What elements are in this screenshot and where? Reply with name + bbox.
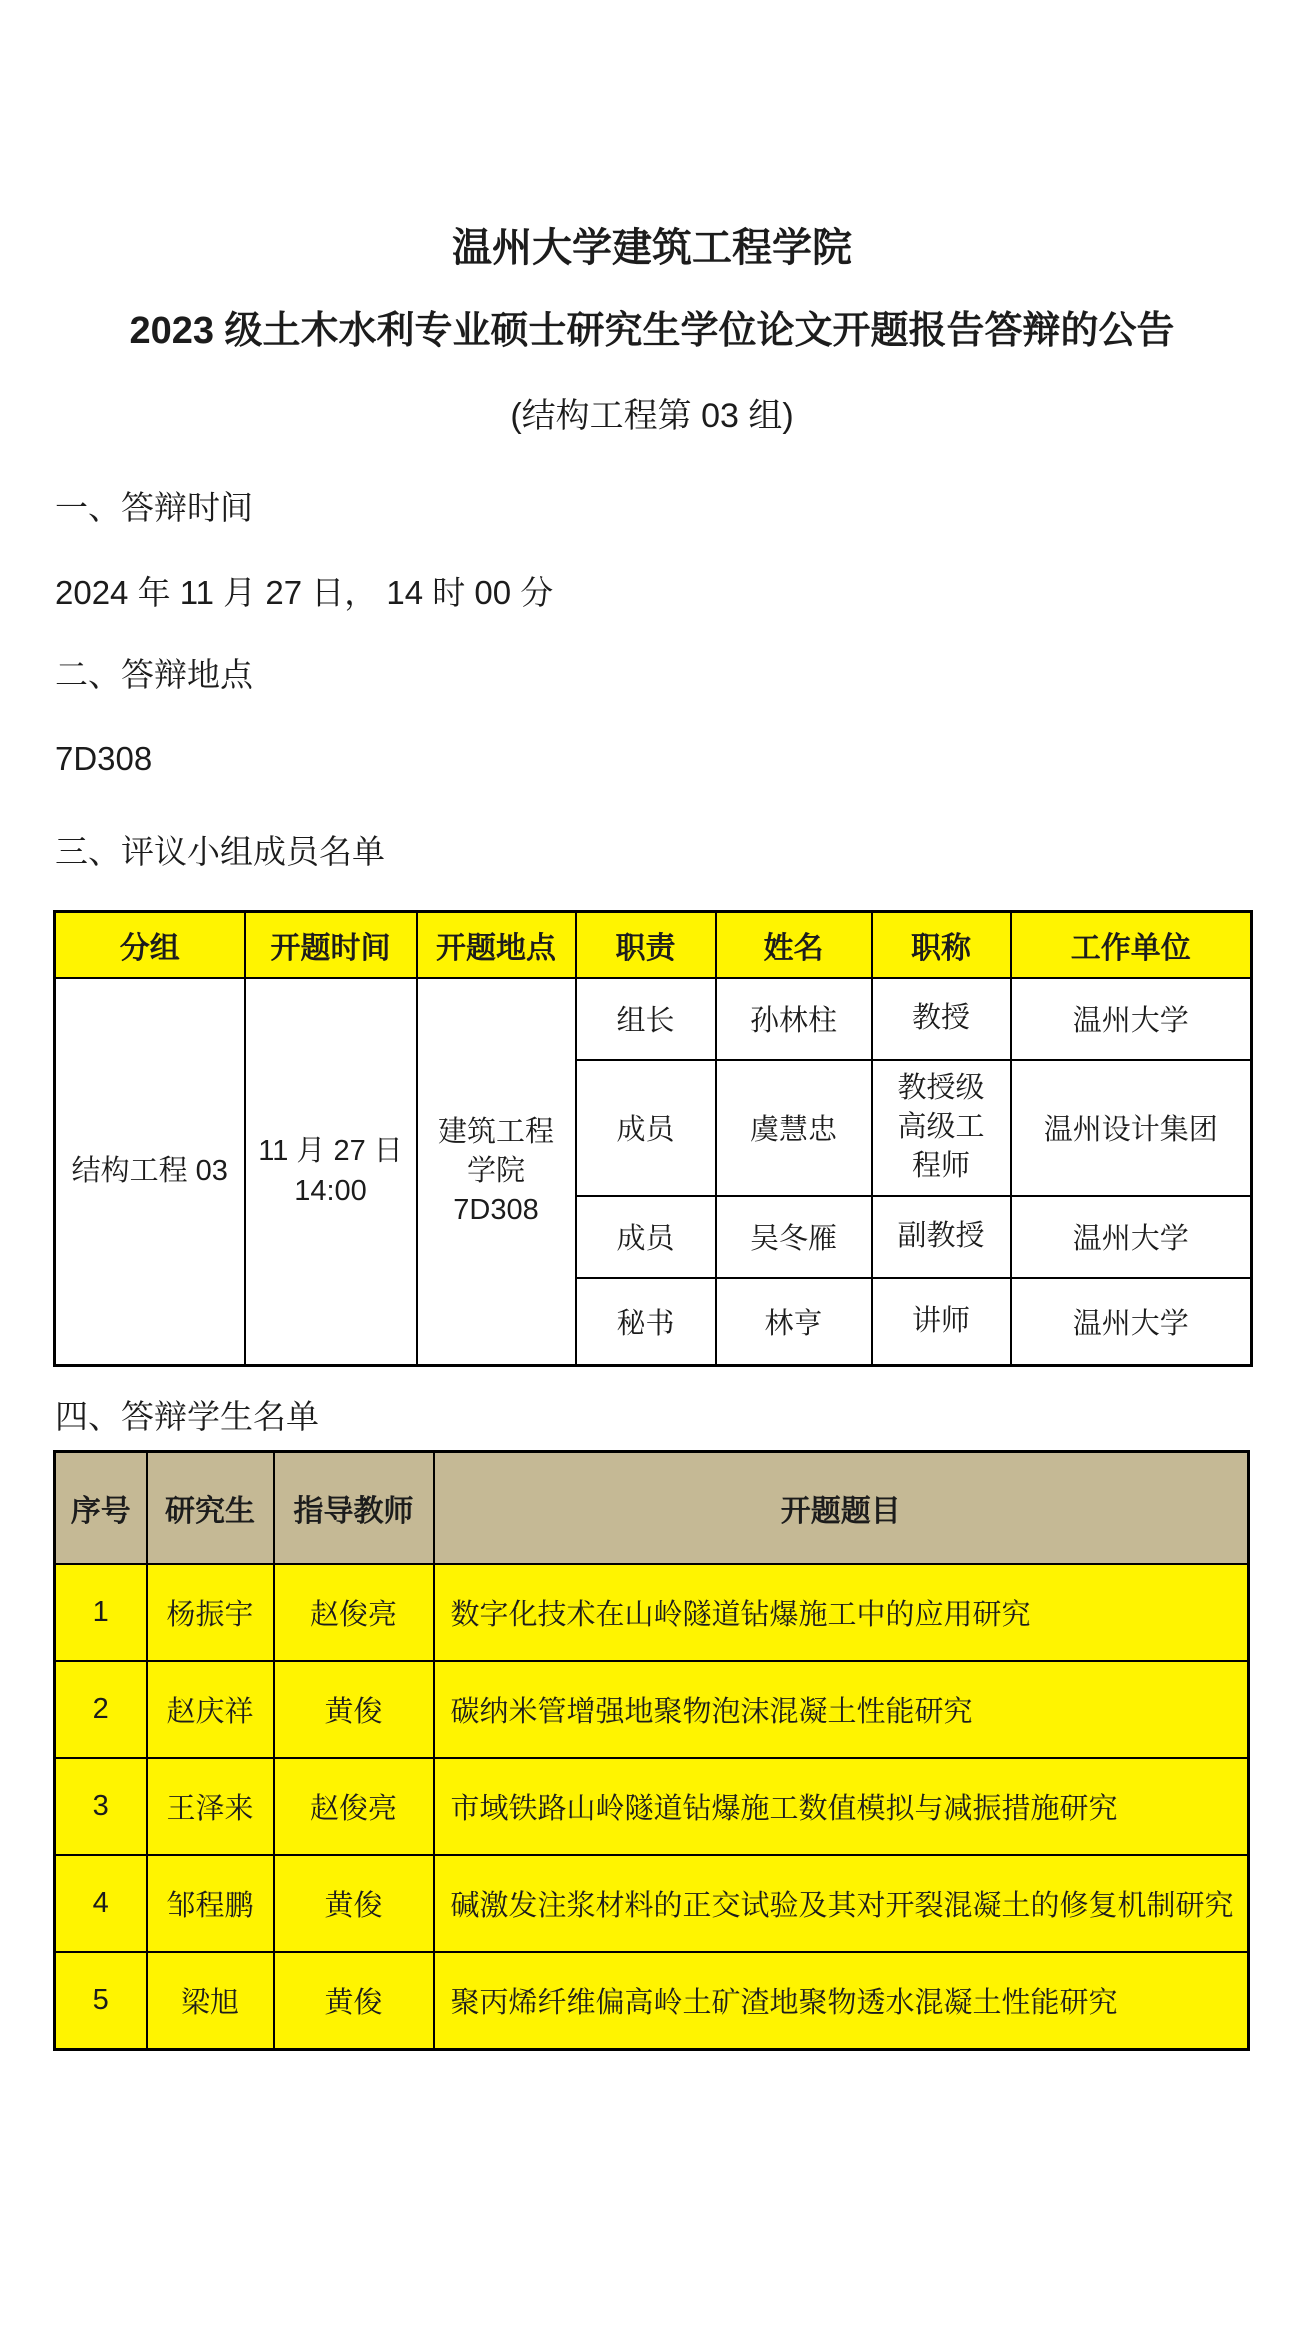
group-label: (结构工程第 03 组) [0,396,1304,437]
member-role: 成员 [576,1060,716,1196]
committee-header-row: 分组 开题时间 开题地点 职责 姓名 职称 工作单位 [55,912,1252,978]
member-org: 温州设计集团 [1011,1060,1252,1196]
student-row: 5 梁旭 黄俊 聚丙烯纤维偏高岭土矿渣地聚物透水混凝土性能研究 [55,1952,1249,2049]
member-title: 教授级 高级工 程师 [872,1060,1011,1196]
section-2-heading: 二、答辩地点 [55,655,1304,695]
student-row: 3 王泽来 赵俊亮 市域铁路山岭隧道钻爆施工数值模拟与减振措施研究 [55,1758,1249,1855]
student-no: 4 [55,1855,147,1952]
student-advisor: 赵俊亮 [274,1564,434,1661]
students-header-student: 研究生 [147,1451,274,1564]
student-topic: 聚丙烯纤维偏高岭土矿渣地聚物透水混凝土性能研究 [434,1952,1249,2049]
member-role: 成员 [576,1196,716,1278]
student-topic: 碱激发注浆材料的正交试验及其对开裂混凝土的修复机制研究 [434,1855,1249,1952]
committee-header-location: 开题地点 [417,912,576,978]
section-4-heading: 四、答辩学生名单 [55,1397,1304,1437]
committee-group-cell: 结构工程 03 [55,978,245,1366]
member-title: 教授 [872,978,1011,1060]
section-3-heading: 三、评议小组成员名单 [55,832,1304,872]
member-org: 温州大学 [1011,1278,1252,1366]
page-subtitle: 2023 级土木水利专业硕士研究生学位论文开题报告答辩的公告 [0,309,1304,355]
member-role: 秘书 [576,1278,716,1366]
committee-location-cell: 建筑工程 学院 7D308 [417,978,576,1366]
student-name: 杨振宇 [147,1564,274,1661]
student-topic: 市域铁路山岭隧道钻爆施工数值模拟与减振措施研究 [434,1758,1249,1855]
student-name: 梁旭 [147,1952,274,2049]
student-name: 赵庆祥 [147,1661,274,1758]
committee-header-time: 开题时间 [245,912,417,978]
defense-location-value: 7D308 [55,739,1304,779]
students-header-row: 序号 研究生 指导教师 开题题目 [55,1451,1249,1564]
section-1-heading: 一、答辩时间 [55,488,1304,528]
committee-header-group: 分组 [55,912,245,978]
member-title: 讲师 [872,1278,1011,1366]
students-header-advisor: 指导教师 [274,1451,434,1564]
student-row: 1 杨振宇 赵俊亮 数字化技术在山岭隧道钻爆施工中的应用研究 [55,1564,1249,1661]
student-advisor: 黄俊 [274,1855,434,1952]
student-row: 2 赵庆祥 黄俊 碳纳米管增强地聚物泡沫混凝土性能研究 [55,1661,1249,1758]
page-title: 温州大学建筑工程学院 [0,224,1304,272]
student-row: 4 邹程鹏 黄俊 碱激发注浆材料的正交试验及其对开裂混凝土的修复机制研究 [55,1855,1249,1952]
announcement-document: 温州大学建筑工程学院 2023 级土木水利专业硕士研究生学位论文开题报告答辩的公… [0,0,1304,2339]
committee-header-org: 工作单位 [1011,912,1252,978]
member-name: 虞慧忠 [716,1060,872,1196]
member-name: 林亨 [716,1278,872,1366]
student-advisor: 黄俊 [274,1952,434,2049]
member-org: 温州大学 [1011,978,1252,1060]
committee-header-name: 姓名 [716,912,872,978]
student-advisor: 黄俊 [274,1661,434,1758]
student-no: 3 [55,1758,147,1855]
student-name: 邹程鹏 [147,1855,274,1952]
committee-header-title: 职称 [872,912,1011,978]
committee-time-cell: 11 月 27 日 14:00 [245,978,417,1366]
member-name: 吴冬雁 [716,1196,872,1278]
student-no: 5 [55,1952,147,2049]
member-role: 组长 [576,978,716,1060]
students-table: 序号 研究生 指导教师 开题题目 1 杨振宇 赵俊亮 数字化技术在山岭隧道钻爆施… [53,1450,1250,2051]
student-no: 2 [55,1661,147,1758]
student-topic: 数字化技术在山岭隧道钻爆施工中的应用研究 [434,1564,1249,1661]
student-topic: 碳纳米管增强地聚物泡沫混凝土性能研究 [434,1661,1249,1758]
student-no: 1 [55,1564,147,1661]
student-advisor: 赵俊亮 [274,1758,434,1855]
students-header-topic: 开题题目 [434,1451,1249,1564]
member-name: 孙林柱 [716,978,872,1060]
committee-header-role: 职责 [576,912,716,978]
member-title: 副教授 [872,1196,1011,1278]
committee-table: 分组 开题时间 开题地点 职责 姓名 职称 工作单位 结构工程 03 11 月 … [53,910,1253,1367]
member-org: 温州大学 [1011,1196,1252,1278]
committee-row: 结构工程 03 11 月 27 日 14:00 建筑工程 学院 7D308 组长… [55,978,1252,1060]
defense-time-value: 2024 年 11 月 27 日， 14 时 00 分 [55,573,1304,613]
student-name: 王泽来 [147,1758,274,1855]
students-header-no: 序号 [55,1451,147,1564]
